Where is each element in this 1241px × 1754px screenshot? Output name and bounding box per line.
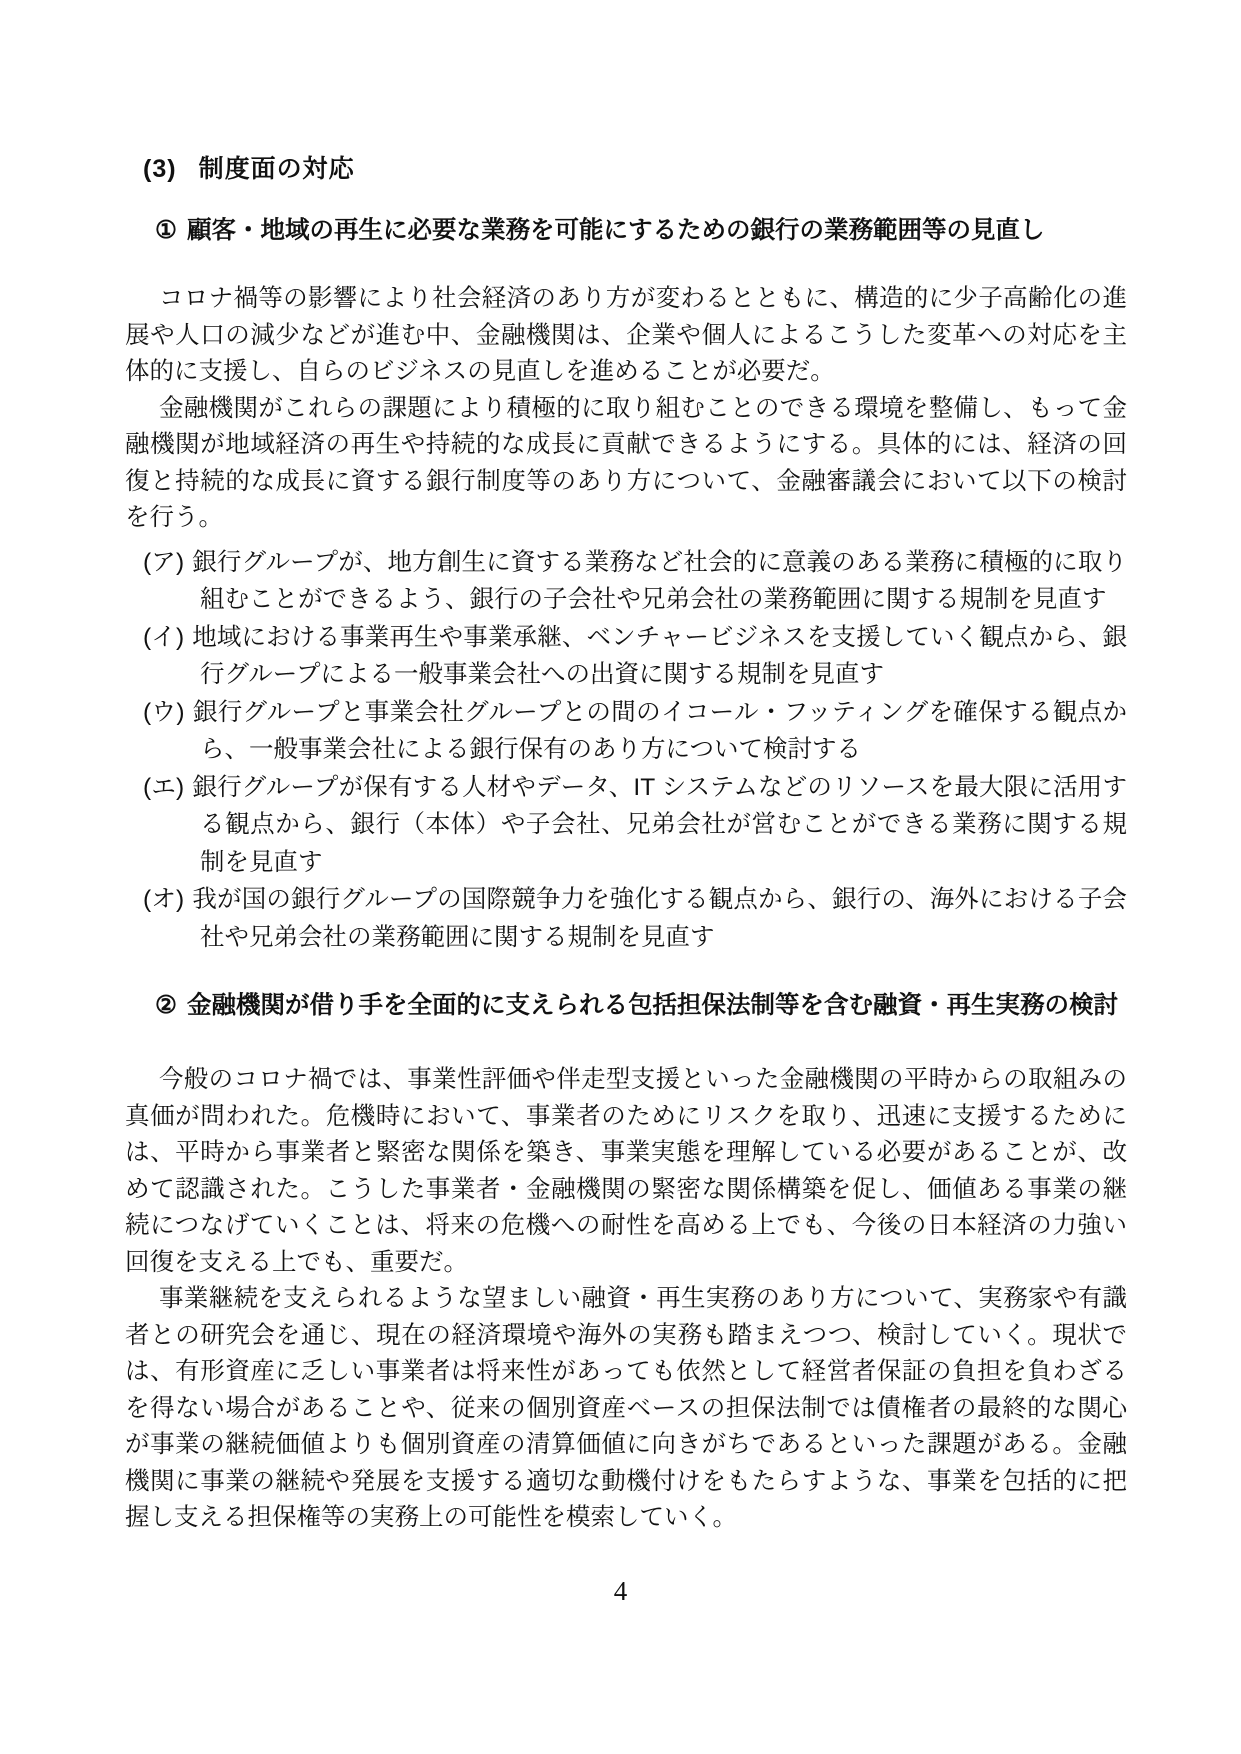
subsection-2-number: ②	[155, 992, 177, 1019]
list-item-text: 銀行グループが、地方創生に資する業務など社会的に意義のある業務に積極的に取り組む…	[192, 549, 1127, 614]
section-title-number: (3)	[143, 155, 177, 183]
list-item: (ア)銀行グループが、地方創生に資する業務など社会的に意義のある業務に積極的に取…	[125, 544, 1127, 619]
list-item-label: (ア)	[143, 549, 184, 576]
list-item-text: 地域における事業再生や事業承継、ベンチャービジネスを支援していく観点から、銀行グ…	[192, 624, 1127, 689]
paragraph: 事業継続を支えられるような望ましい融資・再生実務のあり方について、実務家や有識者…	[125, 1281, 1127, 1537]
subsection-1-heading-text: 顧客・地域の再生に必要な業務を可能にするための銀行の業務範囲等の見直し	[187, 217, 1045, 244]
list-item-label: (イ)	[143, 624, 184, 651]
list-item-label: (ウ)	[143, 699, 185, 726]
list-item: (ウ)銀行グループと事業会社グループとの間のイコール・フッティングを確保する観点…	[125, 694, 1127, 769]
subsection-1-body: コロナ禍等の影響により社会経済のあり方が変わるとともに、構造的に少子高齢化の進展…	[125, 281, 1127, 537]
subsection-1-number: ①	[155, 217, 177, 244]
list-item: (エ)銀行グループが保有する人材やデータ、IT システムなどのリソースを最大限に…	[125, 769, 1127, 882]
subsection-2-heading-text: 金融機関が借り手を全面的に支えられる包括担保法制等を含む融資・再生実務の検討	[187, 992, 1118, 1019]
page-number: 4	[0, 1576, 1241, 1606]
subsection-2-heading: ②金融機関が借り手を全面的に支えられる包括担保法制等を含む融資・再生実務の検討	[125, 992, 1127, 1020]
list-item: (イ)地域における事業再生や事業承継、ベンチャービジネスを支援していく観点から、…	[125, 619, 1127, 694]
list-item-label: (オ)	[143, 886, 184, 913]
paragraph: 金融機関がこれらの課題により積極的に取り組むことのできる環境を整備し、もって金融…	[125, 391, 1127, 537]
list-item-text: 銀行グループと事業会社グループとの間のイコール・フッティングを確保する観点から、…	[193, 699, 1127, 764]
page-content: (3)制度面の対応 ①顧客・地域の再生に必要な業務を可能にするための銀行の業務範…	[125, 155, 1127, 1537]
list-item-label: (エ)	[143, 774, 184, 801]
paragraph: 今般のコロナ禍では、事業性評価や伴走型支援といった金融機関の平時からの取組みの真…	[125, 1062, 1127, 1281]
subsection-1-heading: ①顧客・地域の再生に必要な業務を可能にするための銀行の業務範囲等の見直し	[125, 217, 1127, 245]
section-title: (3)制度面の対応	[125, 155, 1127, 183]
section-title-text: 制度面の対応	[199, 155, 355, 183]
list-item-text: 我が国の銀行グループの国際競争力を強化する観点から、銀行の、海外における子会社や…	[192, 886, 1127, 951]
document-page: (3)制度面の対応 ①顧客・地域の再生に必要な業務を可能にするための銀行の業務範…	[0, 0, 1241, 1754]
list-item: (オ)我が国の銀行グループの国際競争力を強化する観点から、銀行の、海外における子…	[125, 881, 1127, 956]
list-item-text: 銀行グループが保有する人材やデータ、IT システムなどのリソースを最大限に活用す…	[192, 774, 1127, 876]
subsection-2-body: 今般のコロナ禍では、事業性評価や伴走型支援といった金融機関の平時からの取組みの真…	[125, 1062, 1127, 1537]
subsection-1-item-list: (ア)銀行グループが、地方創生に資する業務など社会的に意義のある業務に積極的に取…	[125, 544, 1127, 957]
paragraph: コロナ禍等の影響により社会経済のあり方が変わるとともに、構造的に少子高齢化の進展…	[125, 281, 1127, 391]
